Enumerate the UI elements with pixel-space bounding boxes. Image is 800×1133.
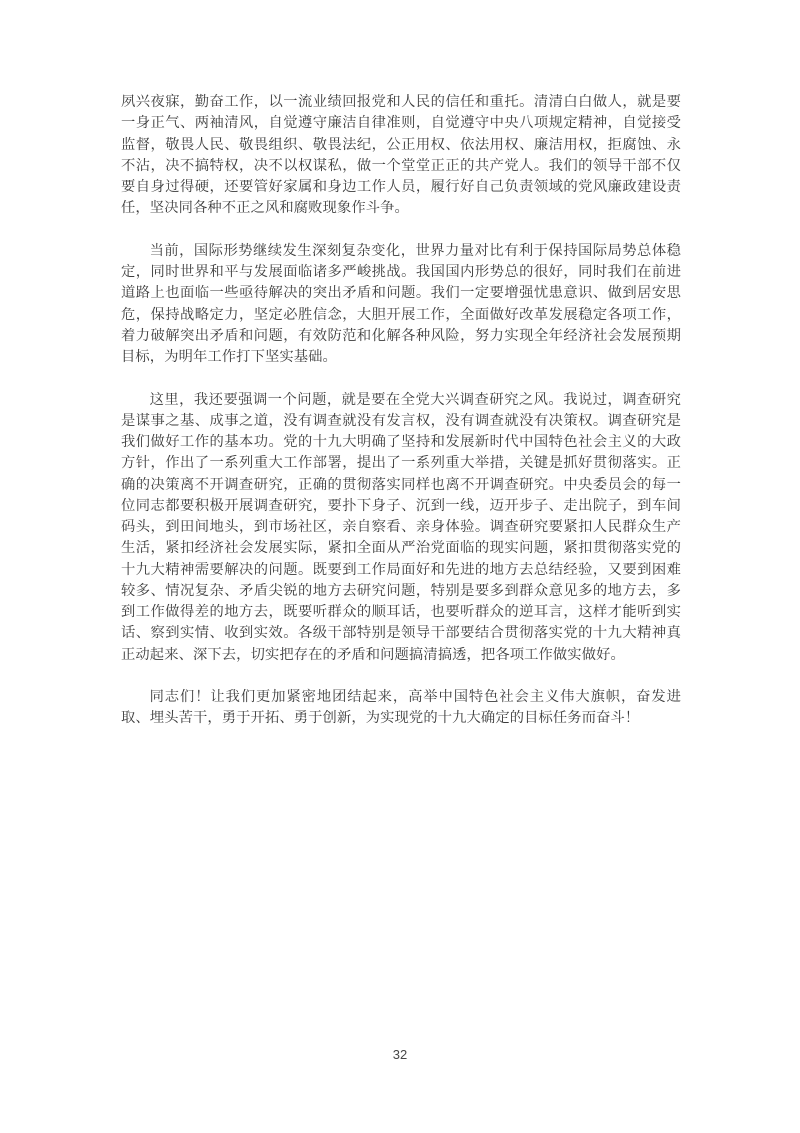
paragraph-3: 这里，我还要强调一个问题，就是要在全党大兴调查研究之风。我说过，调查研究是谋事之…	[121, 390, 681, 666]
page-footer: 32	[0, 1046, 800, 1064]
document-page: 夙兴夜寐，勤奋工作，以一流业绩回报党和人民的信任和重托。清清白白做人，就是要一身…	[0, 0, 800, 1133]
paragraph-4: 同志们！让我们更加紧密地团结起来，高举中国特色社会主义伟大旗帜，奋发进取、埋头苦…	[121, 687, 681, 730]
paragraph-2: 当前，国际形势继续发生深刻复杂变化，世界力量对比有利于保持国际局势总体稳定，同时…	[121, 241, 681, 369]
document-body: 夙兴夜寐，勤奋工作，以一流业绩回报党和人民的信任和重托。清清白白做人，就是要一身…	[121, 92, 681, 751]
page-number: 32	[393, 1047, 407, 1062]
paragraph-1: 夙兴夜寐，勤奋工作，以一流业绩回报党和人民的信任和重托。清清白白做人，就是要一身…	[121, 92, 681, 220]
